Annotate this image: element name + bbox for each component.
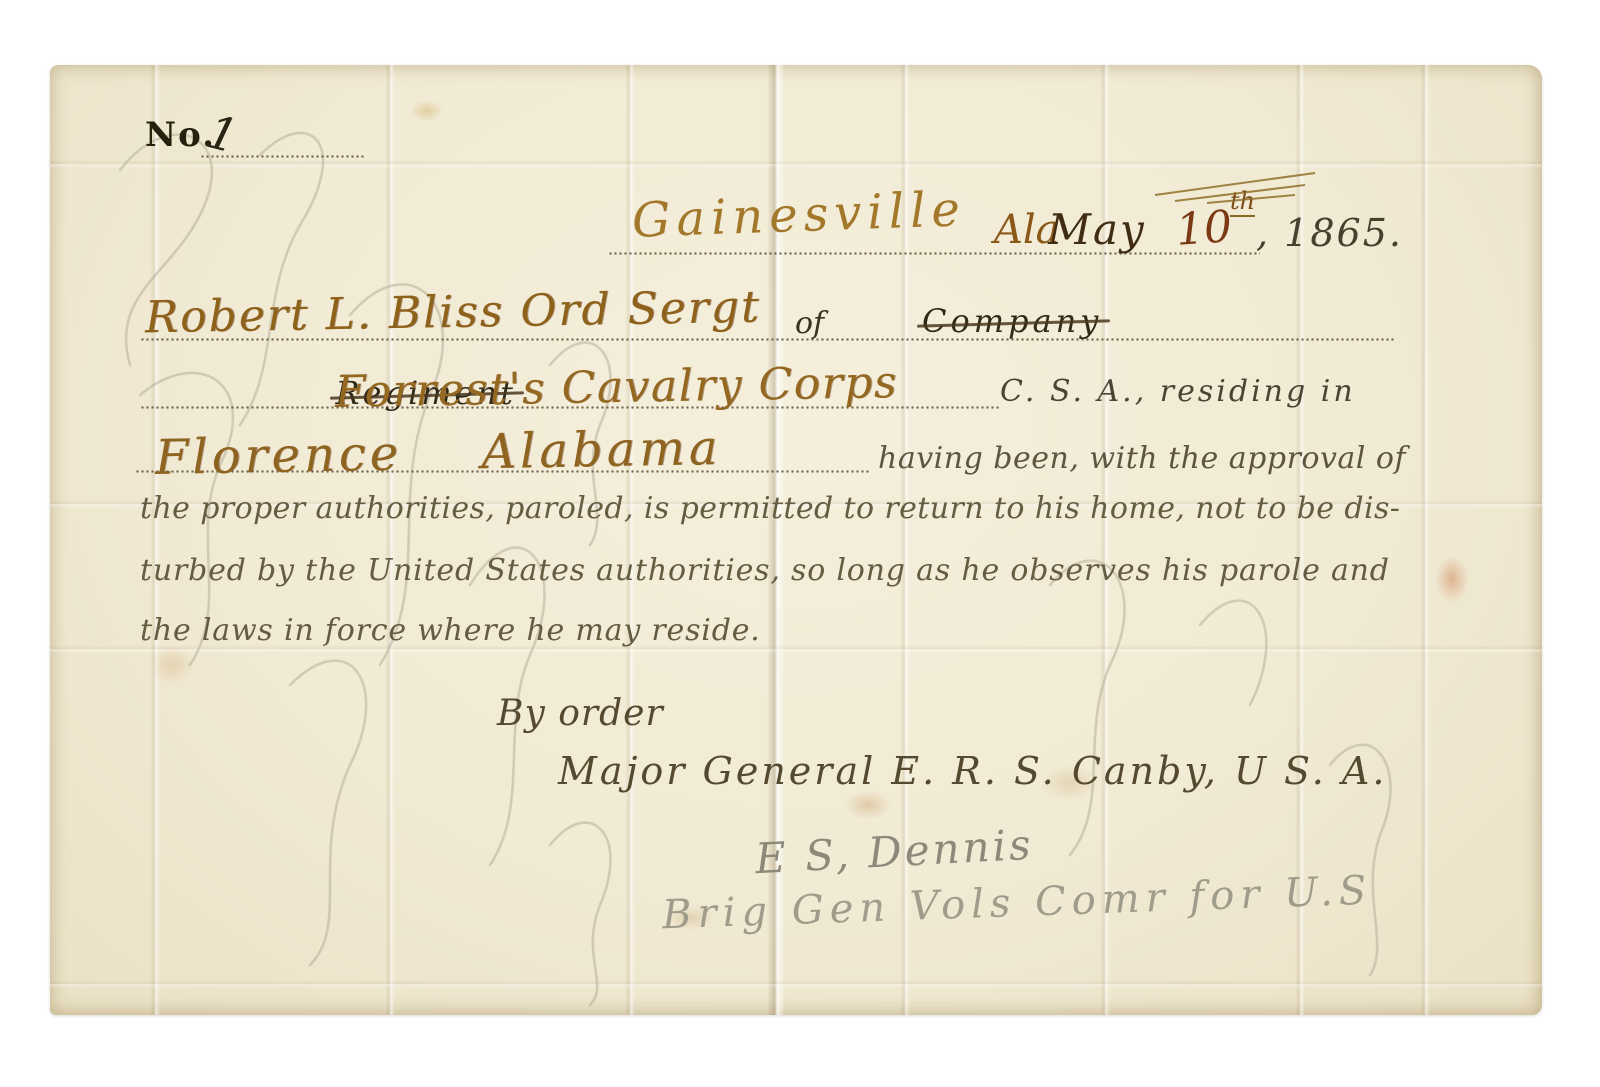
by-order-printed: By order [497, 693, 664, 734]
fold-crease-vertical [385, 65, 395, 1015]
age-stain [150, 645, 194, 685]
signature-pencil: E S, Dennis [754, 820, 1035, 884]
fold-crease-horizontal [50, 980, 1542, 988]
age-stain [410, 100, 444, 122]
fold-crease-vertical [1420, 65, 1430, 1015]
of-label-printed: of [795, 306, 824, 341]
date-day-handwritten: 10 [1174, 201, 1233, 256]
parole-document: No. 1 Gainesville Ala May 10 th , 1865. … [50, 65, 1542, 1015]
date-year-printed: , 1865. [1256, 211, 1403, 255]
fold-crease-vertical [150, 65, 160, 1015]
date-place-handwritten: Gainesville [631, 181, 967, 249]
unit-handwritten: Forrest's Cavalry Corps [335, 357, 899, 418]
body-line-1-printed: the proper authorities, paroled, is perm… [140, 491, 1400, 526]
body-line-2-printed: turbed by the United States authorities,… [140, 553, 1390, 588]
having-been-printed: having been, with the approval of [878, 441, 1406, 476]
company-label-printed-struck: Company [922, 302, 1102, 340]
fold-crease-horizontal [50, 160, 1542, 168]
body-line-3-printed: the laws in force where he may reside. [140, 613, 761, 648]
date-dotted-line [608, 252, 1260, 255]
age-stain [845, 790, 891, 820]
date-day-suffix-handwritten: th [1230, 187, 1255, 217]
authority-printed: Major General E. R. S. Canby, U S. A. [558, 749, 1387, 793]
rust-stain [1435, 555, 1469, 603]
csa-residing-printed: C. S. A., residing in [1000, 374, 1356, 409]
residence-handwritten: Florence Alabama [155, 420, 722, 486]
date-month-handwritten: May [1048, 205, 1146, 254]
parolee-name-handwritten: Robert L. Bliss Ord Sergt [145, 282, 761, 344]
scan-background: { "form": { "no_label": "No.", "no_value… [0, 0, 1600, 1087]
